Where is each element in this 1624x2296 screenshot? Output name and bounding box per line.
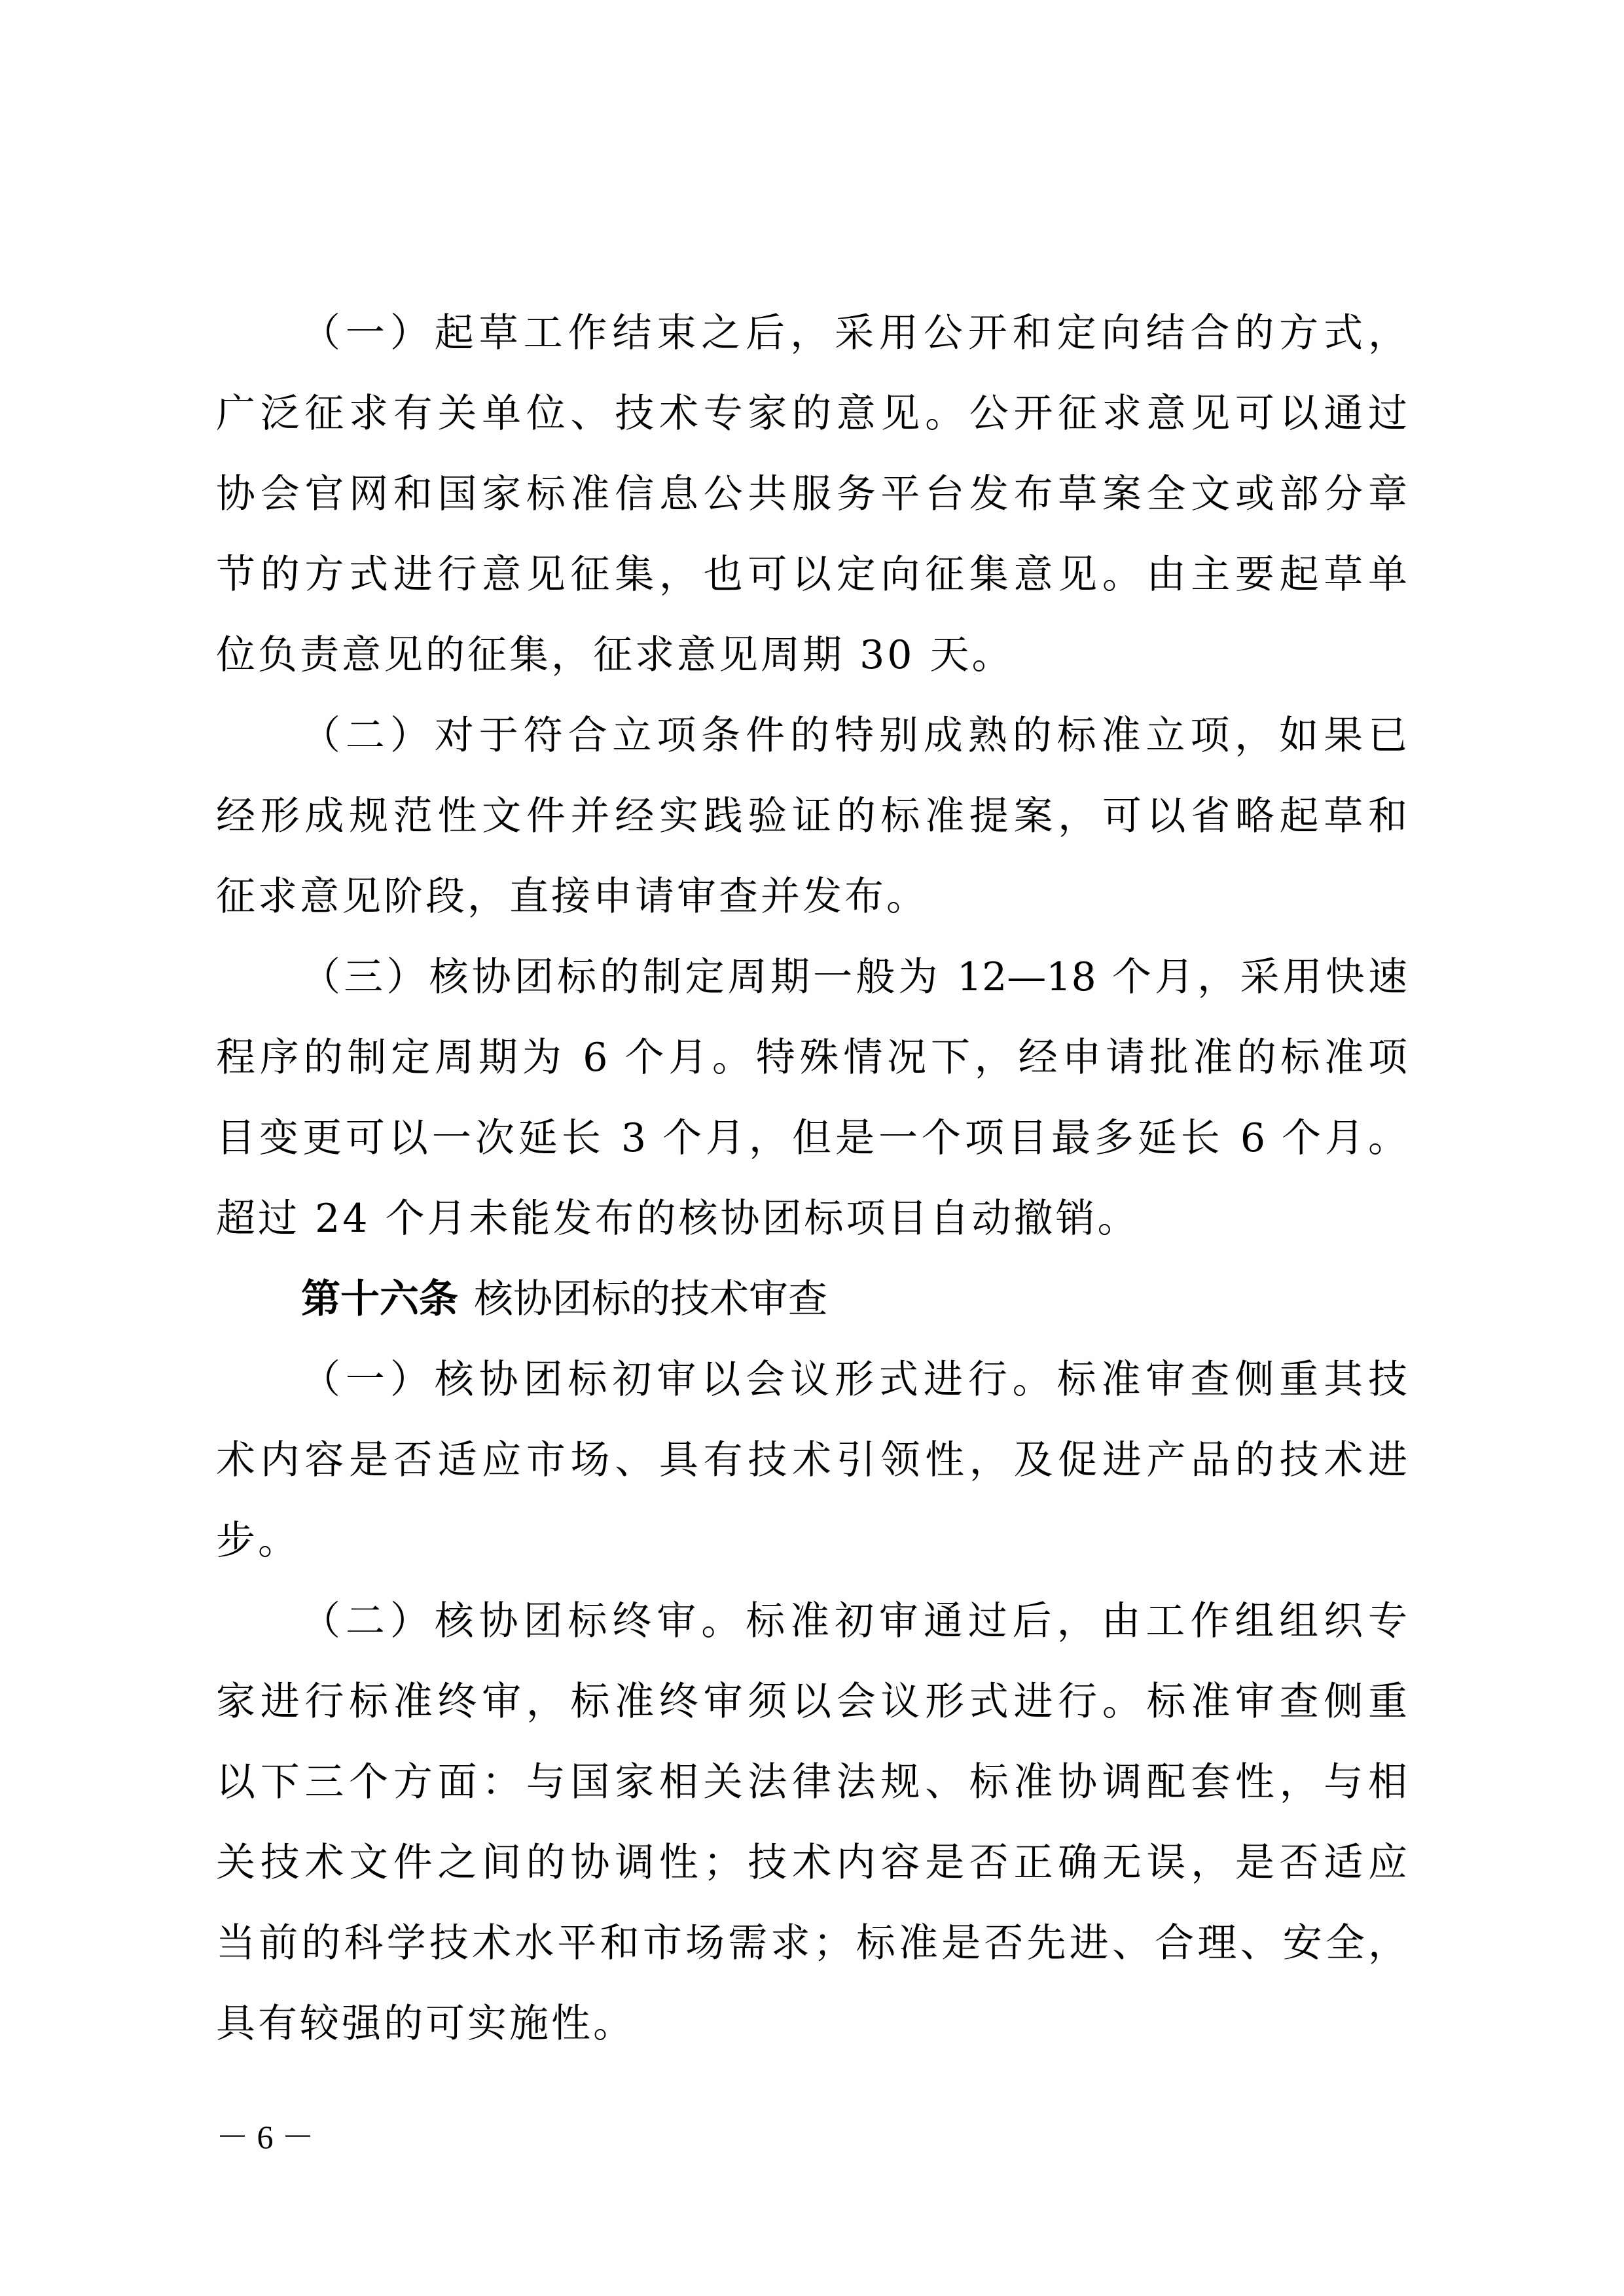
paragraph-line: 位负责意见的征集，征求意见周期 30 天。 [216,615,1407,696]
document-page: （一）起草工作结束之后，采用公开和定向结合的方式， 广泛征求有关单位、技术专家的… [0,0,1624,2296]
text-line: 步。 [216,1501,300,1581]
paragraph-line: （一）起草工作结束之后，采用公开和定向结合的方式， [216,293,1407,374]
paragraph-line: 目变更可以一次延长 3 个月，但是一个项目最多延长 6 个月。 [216,1098,1407,1179]
paragraph-line: 以下三个方面：与国家相关法律法规、标准协调配套性，与相 [216,1742,1407,1823]
paragraph-line: 家进行标准终审，标准终审须以会议形式进行。标准审查侧重 [216,1662,1407,1742]
paragraph-line: 超过 24 个月未能发布的核协团标项目自动撤销。 [216,1179,1407,1259]
text-line: 以下三个方面：与国家相关法律法规、标准协调配套性，与相 [216,1742,1407,1823]
text-line: 协会官网和国家标准信息公共服务平台发布草案全文或部分章 [216,454,1407,535]
text-line: 征求意见阶段，直接申请审查并发布。 [216,857,928,937]
paragraph-line: 步。 [216,1501,1407,1581]
paragraph-line: 广泛征求有关单位、技术专家的意见。公开征求意见可以通过 [216,374,1407,454]
text-line: 位负责意见的征集，征求意见周期 30 天。 [216,615,1014,696]
text-line: 超过 24 个月未能发布的核协团标项目自动撤销。 [216,1179,1140,1259]
paragraph-line: （二）核协团标终审。标准初审通过后，由工作组组织专 [216,1581,1407,1662]
text-line: （三）核协团标的制定周期一般为 12—18 个月，采用快速 [301,937,1407,1018]
text-line: 家进行标准终审，标准终审须以会议形式进行。标准审查侧重 [216,1662,1407,1742]
paragraph-line: （二）对于符合立项条件的特别成熟的标准立项，如果已 [216,696,1407,776]
paragraph-line: 当前的科学技术水平和市场需求；标准是否先进、合理、安全， [216,1903,1407,1984]
document-body: （一）起草工作结束之后，采用公开和定向结合的方式， 广泛征求有关单位、技术专家的… [216,293,1407,2064]
paragraph-line: 程序的制定周期为 6 个月。特殊情况下，经申请批准的标准项 [216,1018,1407,1098]
paragraph-line: （三）核协团标的制定周期一般为 12—18 个月，采用快速 [216,937,1407,1018]
text-line: （二）对于符合立项条件的特别成熟的标准立项，如果已 [301,696,1407,776]
text-line: 具有较强的可实施性。 [216,1984,635,2064]
text-line: 程序的制定周期为 6 个月。特殊情况下，经申请批准的标准项 [216,1018,1407,1098]
text-line: 经形成规范性文件并经实践验证的标准提案，可以省略起草和 [216,776,1407,857]
article-title: 核协团标的技术审查 [474,1259,827,1340]
text-line: 节的方式进行意见征集，也可以定向征集意见。由主要起草单 [216,535,1407,615]
paragraph-line: 经形成规范性文件并经实践验证的标准提案，可以省略起草和 [216,776,1407,857]
text-line: 广泛征求有关单位、技术专家的意见。公开征求意见可以通过 [216,374,1407,454]
paragraph-line: 具有较强的可实施性。 [216,1984,1407,2064]
text-line: （一）起草工作结束之后，采用公开和定向结合的方式， [301,293,1407,374]
page-number: － 6 － [216,2111,314,2158]
text-line: （一）核协团标初审以会议形式进行。标准审查侧重其技 [301,1340,1407,1420]
paragraph-line: 术内容是否适应市场、具有技术引领性，及促进产品的技术进 [216,1420,1407,1501]
text-line: 当前的科学技术水平和市场需求；标准是否先进、合理、安全， [216,1903,1407,1984]
paragraph-line: 征求意见阶段，直接申请审查并发布。 [216,857,1407,937]
text-line: 术内容是否适应市场、具有技术引领性，及促进产品的技术进 [216,1420,1407,1501]
article-number: 第十六条 [301,1259,458,1340]
text-line: （二）核协团标终审。标准初审通过后，由工作组组织专 [301,1581,1407,1662]
text-line: 关技术文件之间的协调性；技术内容是否正确无误，是否适应 [216,1823,1407,1903]
text-line: 目变更可以一次延长 3 个月，但是一个项目最多延长 6 个月。 [216,1098,1407,1179]
paragraph-line: 节的方式进行意见征集，也可以定向征集意见。由主要起草单 [216,535,1407,615]
paragraph-line: （一）核协团标初审以会议形式进行。标准审查侧重其技 [216,1340,1407,1420]
article-heading: 第十六条 核协团标的技术审查 [216,1259,1407,1340]
paragraph-line: 关技术文件之间的协调性；技术内容是否正确无误，是否适应 [216,1823,1407,1903]
paragraph-line: 协会官网和国家标准信息公共服务平台发布草案全文或部分章 [216,454,1407,535]
